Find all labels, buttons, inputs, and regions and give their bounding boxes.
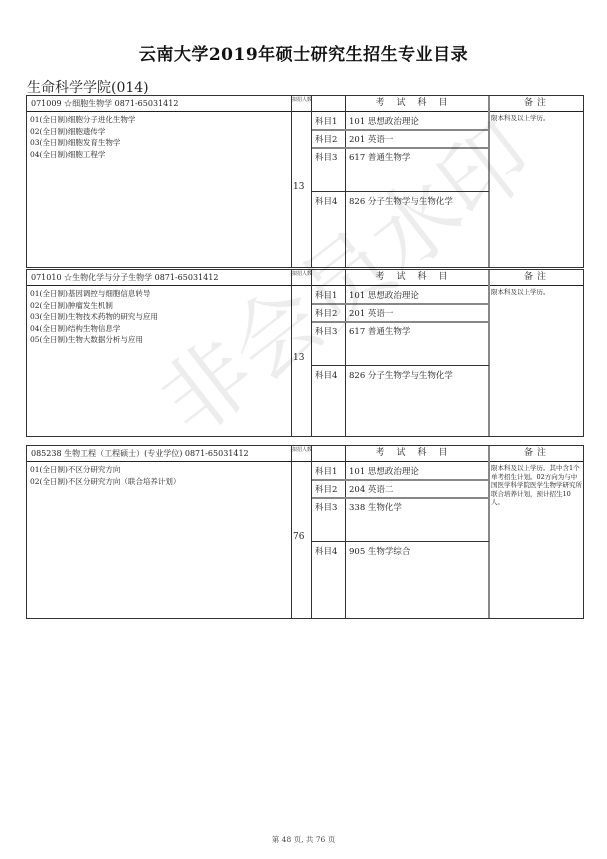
subject-label: 科目4: [315, 195, 337, 207]
subject-label: 科目1: [315, 115, 337, 127]
notes-header: 备注: [489, 270, 585, 285]
notes-header: 备注: [489, 446, 585, 461]
enrollment-quota: 13: [293, 353, 311, 363]
subject-label: 科目2: [315, 483, 337, 495]
subject-label: 科目3: [315, 501, 337, 513]
section-header: 071009 ☆细胞生物学 0871-65031412 拟招人数 考试科目 备注: [27, 96, 583, 112]
major-title: 085238 生物工程（工程硕士）(专业学位) 0871-65031412: [31, 446, 291, 461]
direction-item: 02(全日制)肿瘤发生机制: [30, 300, 158, 312]
subject-value: 101 思想政治理论: [349, 465, 419, 477]
notes-header: 备注: [489, 96, 585, 111]
subject-value: 826 分子生物学与生物化学: [349, 369, 453, 381]
subject-label: 科目3: [315, 325, 337, 337]
subject-value: 826 分子生物学与生物化学: [349, 195, 453, 207]
direction-item: 02(全日制)细胞遗传学: [30, 126, 135, 138]
program-section: 071009 ☆细胞生物学 0871-65031412 拟招人数 考试科目 备注…: [26, 95, 584, 268]
subject-value: 101 思想政治理论: [349, 289, 419, 301]
section-note: 限本科及以上学历。: [491, 114, 583, 123]
direction-item: 01(全日制)基因调控与细胞信息转导: [30, 288, 158, 300]
major-title: 071010 ☆生物化学与分子生物学 0871-65031412: [31, 270, 291, 285]
research-directions: 01(全日制)不区分研究方向02(全日制)不区分研究方向（联合培养计划）: [30, 464, 180, 487]
college-heading: 生命科学学院(014): [27, 77, 149, 97]
subject-value: 201 英语一: [349, 307, 393, 319]
subject-value: 101 思想政治理论: [349, 115, 419, 127]
direction-item: 01(全日制)细胞分子进化生物学: [30, 114, 135, 126]
page-footer: 第 48 页, 共 76 页: [0, 834, 607, 845]
direction-item: 05(全日制)生物大数据分析与应用: [30, 334, 158, 346]
section-header: 085238 生物工程（工程硕士）(专业学位) 0871-65031412 拟招…: [27, 446, 583, 462]
research-directions: 01(全日制)基因调控与细胞信息转导02(全日制)肿瘤发生机制03(全日制)生物…: [30, 288, 158, 346]
section-note: 限本科及以上学历。: [491, 288, 583, 297]
exam-subjects-header: 考试科目: [346, 270, 489, 285]
quota-header: 拟招人数: [292, 447, 312, 462]
direction-item: 02(全日制)不区分研究方向（联合培养计划）: [30, 476, 180, 488]
subject-value: 905 生物学综合: [349, 545, 410, 557]
exam-subjects-header: 考试科目: [346, 446, 489, 461]
subject-value: 617 普通生物学: [349, 151, 410, 163]
document-title: 云南大学2019年硕士研究生招生专业目录: [0, 40, 607, 65]
direction-item: 04(全日制)细胞工程学: [30, 149, 135, 161]
major-title: 071009 ☆细胞生物学 0871-65031412: [31, 96, 291, 111]
subject-label: 科目1: [315, 465, 337, 477]
direction-item: 03(全日制)生物技术药物的研究与应用: [30, 311, 158, 323]
quota-header: 拟招人数: [292, 271, 312, 286]
subject-value: 338 生物化学: [349, 501, 402, 513]
subject-value: 617 普通生物学: [349, 325, 410, 337]
direction-item: 01(全日制)不区分研究方向: [30, 464, 180, 476]
enrollment-quota: 13: [293, 182, 311, 192]
subject-label: 科目2: [315, 133, 337, 145]
subject-label: 科目1: [315, 289, 337, 301]
subject-label: 科目3: [315, 151, 337, 163]
subject-value: 201 英语一: [349, 133, 393, 145]
subject-label: 科目4: [315, 369, 337, 381]
research-directions: 01(全日制)细胞分子进化生物学02(全日制)细胞遗传学03(全日制)细胞发育生…: [30, 114, 135, 160]
direction-item: 03(全日制)细胞发育生物学: [30, 137, 135, 149]
exam-subjects-header: 考试科目: [346, 96, 489, 111]
subject-label: 科目4: [315, 545, 337, 557]
program-section: 085238 生物工程（工程硕士）(专业学位) 0871-65031412 拟招…: [26, 445, 584, 619]
section-header: 071010 ☆生物化学与分子生物学 0871-65031412 拟招人数 考试…: [27, 270, 583, 286]
enrollment-quota: 76: [293, 532, 311, 542]
section-note: 限本科及以上学历。其中含1个单考招生计划。02方向为与中国医学科学院医学生物学研…: [491, 464, 583, 507]
direction-item: 04(全日制)结构生物信息学: [30, 323, 158, 335]
subject-value: 204 英语二: [349, 483, 393, 495]
subject-label: 科目2: [315, 307, 337, 319]
quota-header: 拟招人数: [292, 97, 312, 112]
program-section: 071010 ☆生物化学与分子生物学 0871-65031412 拟招人数 考试…: [26, 269, 584, 437]
